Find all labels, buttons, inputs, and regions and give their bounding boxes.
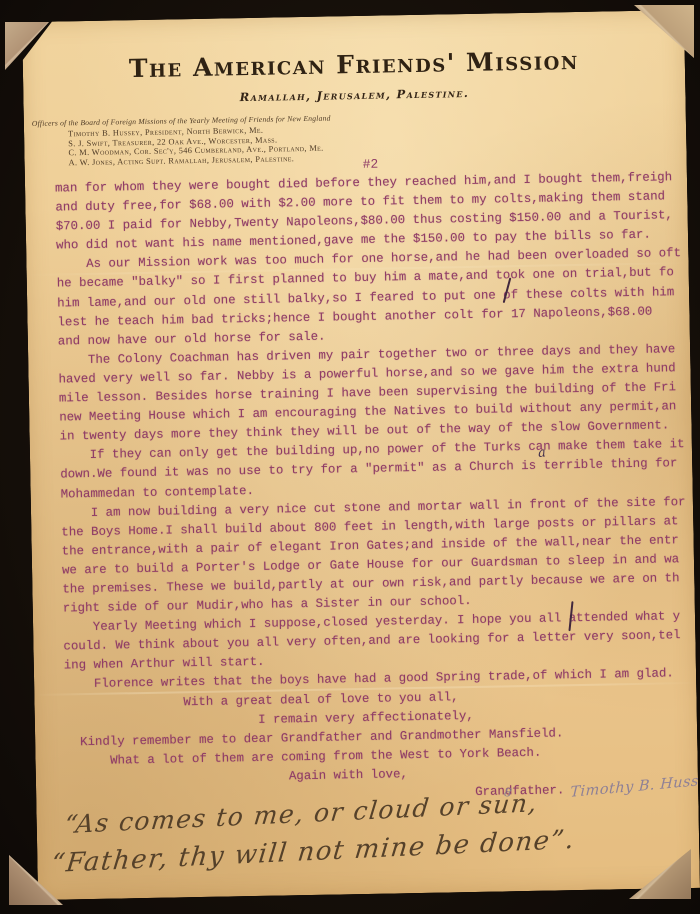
letter-page: The American Friends' Mission Ramallah, …: [22, 10, 700, 900]
letterhead-location: Ramallah, Jerusalem, Palestine.: [23, 82, 685, 108]
handwritten-insertion-a: a: [537, 445, 547, 461]
scan-background: The American Friends' Mission Ramallah, …: [0, 0, 700, 914]
officers-block: Officers of the Board of Foreign Mission…: [32, 114, 332, 169]
letterhead-title: The American Friends' Mission: [23, 44, 685, 85]
page-number: #2: [363, 157, 379, 172]
